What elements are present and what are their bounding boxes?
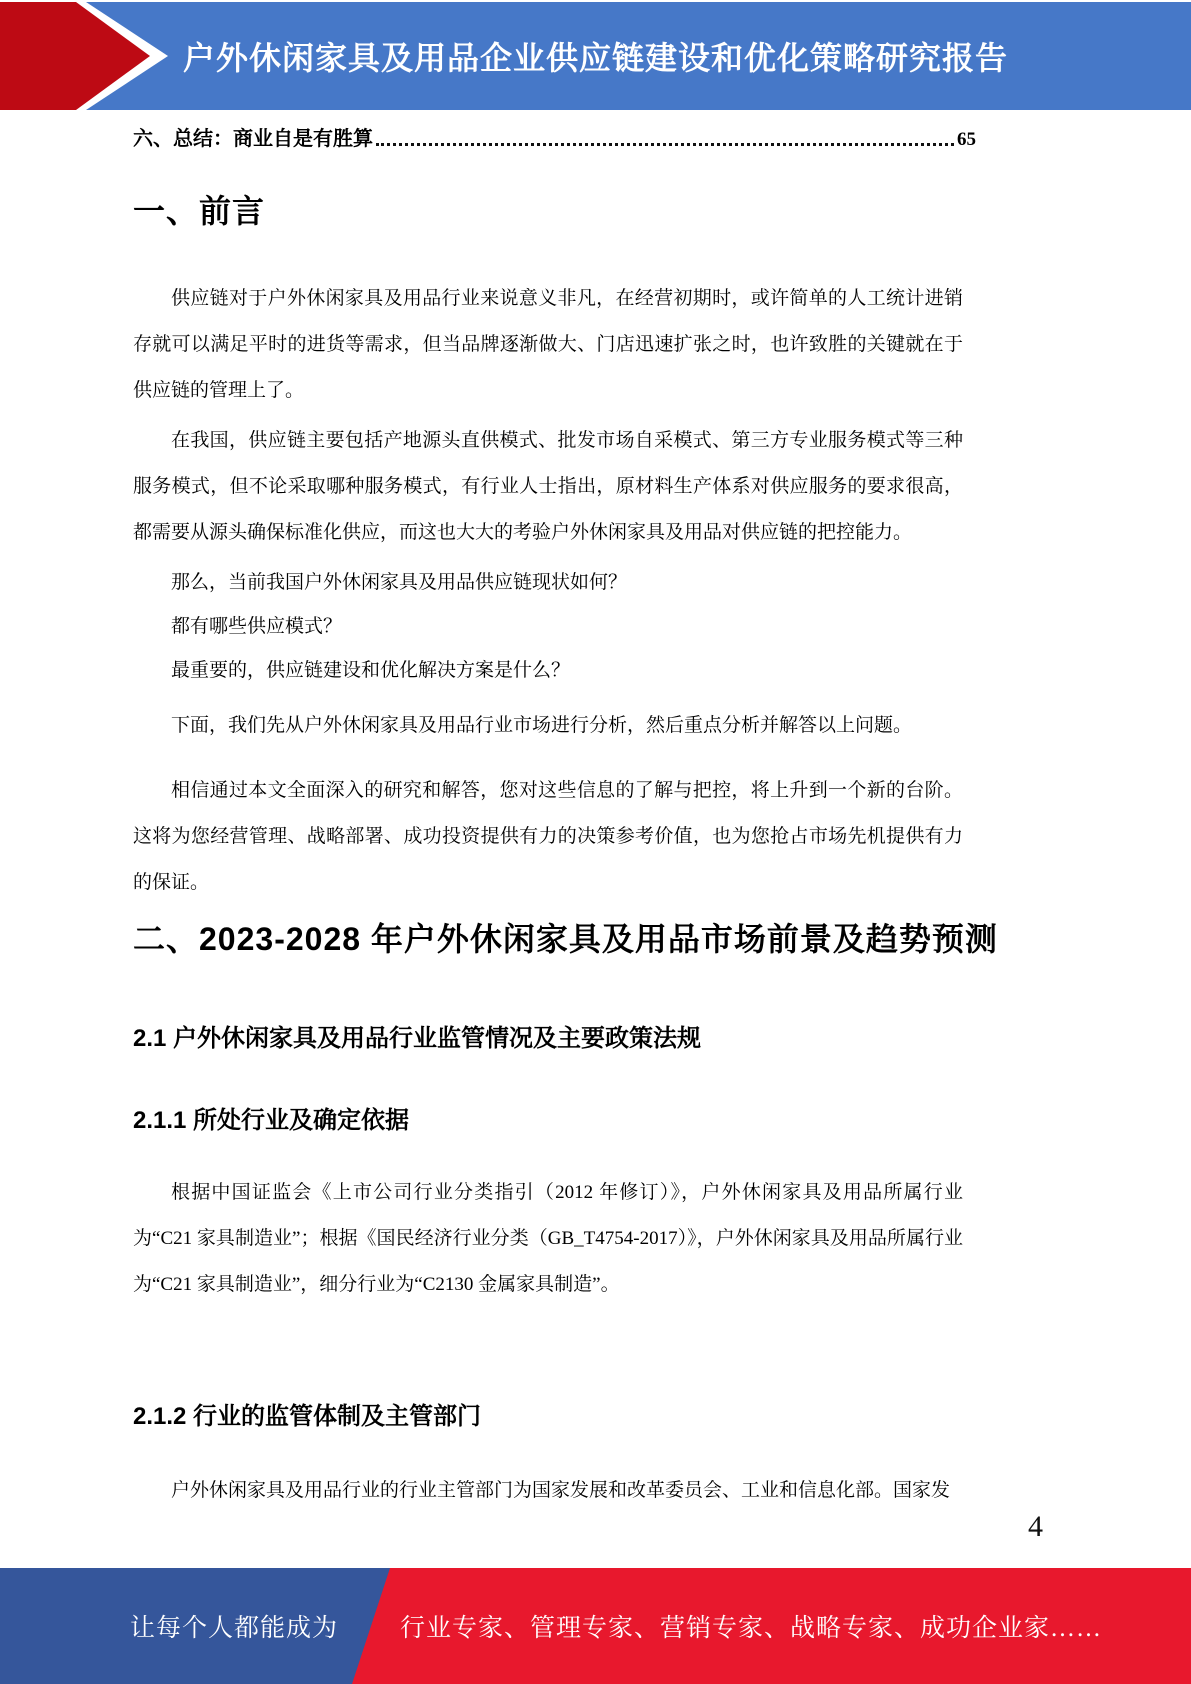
section-2-1-1-paragraph: 根据中国证监会《上市公司行业分类指引（2012 年修订）》，户外休闲家具及用品所… <box>133 1170 963 1308</box>
heading-section-2-1: 2.1 户外休闲家具及用品行业监管情况及主要政策法规 <box>133 1018 701 1053</box>
heading-intro: 一、前言 <box>133 186 265 232</box>
toc-entry-label: 六、总结：商业自是有胜算 <box>133 122 373 151</box>
page-number: 4 <box>1028 1510 1043 1544</box>
intro-paragraph-3: 下面，我们先从户外休闲家具及用品行业市场进行分析，然后重点分析并解答以上问题。 <box>133 703 963 749</box>
toc-page-number: 65 <box>957 129 976 151</box>
intro-paragraph-2: 在我国，供应链主要包括产地源头直供模式、批发市场自采模式、第三方专业服务模式等三… <box>133 418 963 556</box>
intro-question-1: 那么，当前我国户外休闲家具及用品供应链现状如何？ <box>133 560 963 606</box>
footer-slogan-right: 行业专家、管理专家、营销专家、战略专家、成功企业家…… <box>400 1568 1102 1684</box>
intro-question-3: 最重要的，供应链建设和优化解决方案是什么？ <box>133 648 963 694</box>
toc-dot-leader <box>376 143 954 146</box>
intro-question-2: 都有哪些供应模式？ <box>133 604 963 650</box>
intro-paragraph-4: 相信通过本文全面深入的研究和解答，您对这些信息的了解与把控，将上升到一个新的台阶… <box>133 768 963 906</box>
heading-section-2-1-2: 2.1.2 行业的监管体制及主管部门 <box>133 1396 481 1431</box>
intro-paragraph-1: 供应链对于户外休闲家具及用品行业来说意义非凡，在经营初期时，或许简单的人工统计进… <box>133 276 963 414</box>
footer-band: 行业专家、管理专家、营销专家、战略专家、成功企业家…… 让每个人都能成为 <box>0 1568 1191 1684</box>
header-banner: 户外休闲家具及用品企业供应链建设和优化策略研究报告 <box>0 2 1191 110</box>
report-title: 户外休闲家具及用品企业供应链建设和优化策略研究报告 <box>0 2 1191 110</box>
toc-entry[interactable]: 六、总结：商业自是有胜算 65 <box>133 122 976 151</box>
document-page: { "header": { "title": "户外休闲家具及用品企业供应链建设… <box>0 0 1191 1684</box>
heading-section-2-1-1: 2.1.1 所处行业及确定依据 <box>133 1100 409 1135</box>
section-2-1-2-paragraph: 户外休闲家具及用品行业的行业主管部门为国家发展和改革委员会、工业和信息化部。国家… <box>133 1468 963 1514</box>
footer-slogan-left: 让每个人都能成为 <box>130 1608 338 1644</box>
heading-market: 二、2023-2028 年户外休闲家具及用品市场前景及趋势预测 <box>133 914 998 960</box>
footer-blue-band: 让每个人都能成为 <box>0 1568 390 1684</box>
